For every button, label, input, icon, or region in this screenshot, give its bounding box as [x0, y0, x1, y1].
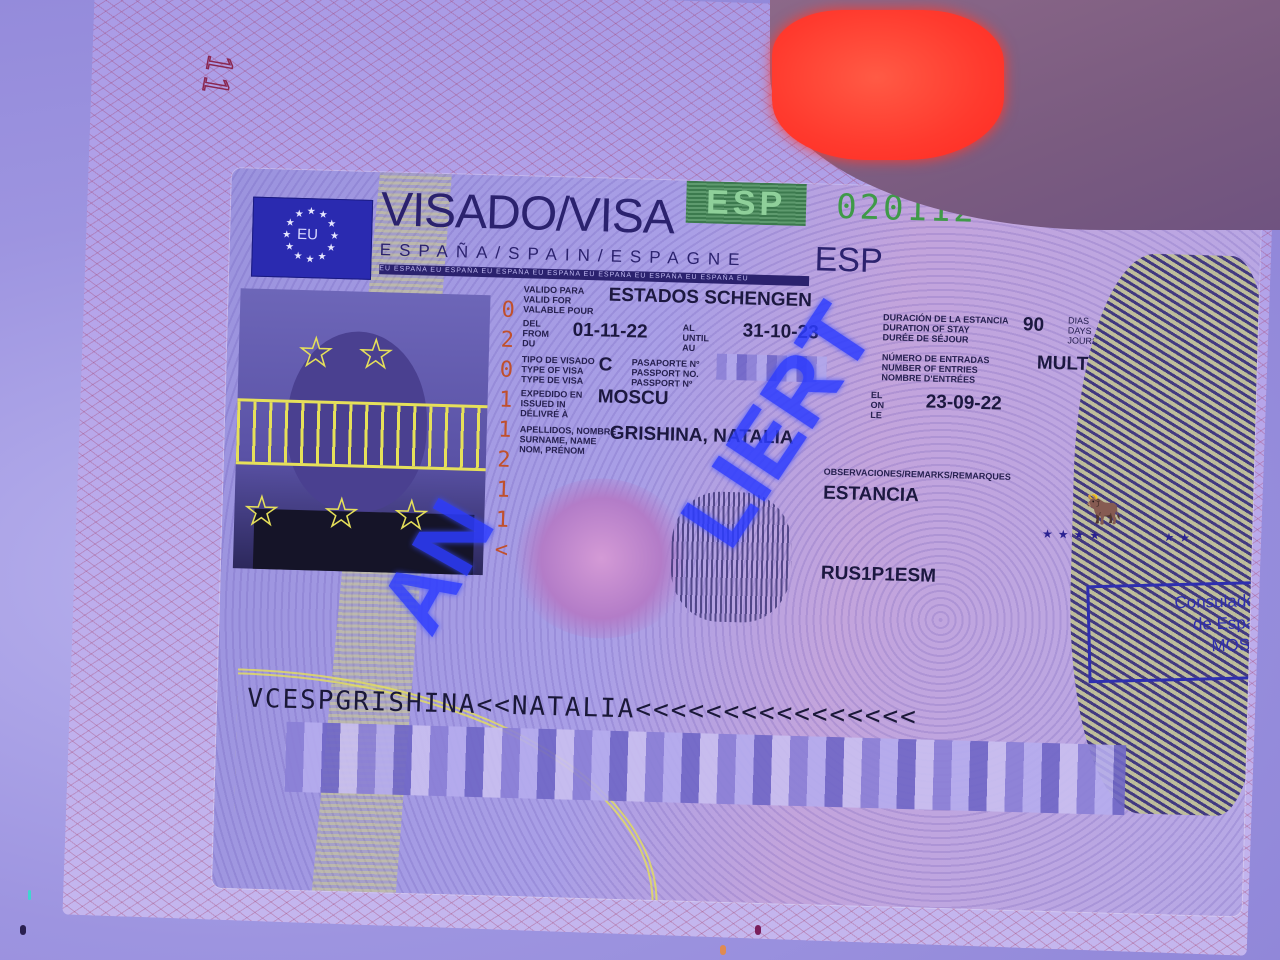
label-issued-in: EXPEDIDO ENISSUED INDÉLIVRÉ À [520, 388, 582, 420]
label-issue-date: ELONLE [870, 390, 884, 420]
label-remarks: OBSERVACIONES/REMARKS/REMARQUES [824, 467, 1011, 482]
esp-emblem: ESP [686, 181, 807, 226]
star-icon: ★ [282, 229, 291, 240]
fingernail [772, 10, 1004, 160]
guilloche-bars [236, 398, 488, 471]
star-icon: ★ [298, 330, 333, 376]
stars-row-icon: ★★★★ ★★ [1042, 527, 1195, 545]
label-until: ALUNTILAU [682, 323, 709, 354]
value-issued-in: MOSCU [597, 386, 668, 410]
value-entries: MULT [1037, 353, 1089, 376]
label-name: APELLIDOS, NOMBRESURNAME, NAMENOM, PRÉNO… [519, 424, 616, 457]
value-type-of-visa: C [598, 354, 612, 376]
label-type-of-visa: TIPO DE VISADOTYPE OF VISATYPE DE VISA [521, 354, 595, 386]
value-remarks-2: RUS1P1ESM [821, 563, 937, 588]
country-code: ESP [814, 240, 883, 281]
star-icon: ★ [286, 218, 295, 229]
label-valid-for: VALIDO PARAVALID FORVALABLE POUR [523, 284, 594, 316]
label-duration: DURACIÓN DE LA ESTANCIADURATION OF STAYD… [882, 312, 1008, 345]
value-issue-date: 23-09-22 [925, 391, 1002, 415]
value-remarks-1: ESTANCIA [823, 483, 919, 508]
consulate-stamp: Consulado G de España MOSCU [1086, 580, 1261, 683]
bull-icon: 🐂 [1084, 492, 1122, 528]
star-icon: ★ [293, 251, 302, 262]
star-icon: ★ [244, 488, 279, 534]
star-icon: ★ [305, 254, 314, 265]
label-entries: NÚMERO DE ENTRADASNUMBER OF ENTRIESNOMBR… [881, 352, 989, 385]
label-from: DELFROMDU [522, 318, 549, 349]
passport-page-number: 11 [193, 50, 240, 100]
visa-title: VISADO/VISA [380, 182, 675, 245]
value-from: 01-11-22 [572, 320, 648, 344]
value-duration: 90 [1023, 314, 1045, 337]
star-icon: ★ [307, 206, 316, 217]
star-icon: ★ [285, 242, 294, 253]
star-icon: ★ [326, 243, 335, 254]
eu-flag-icon: ★★★★★★★★★★★★ EU [251, 197, 373, 280]
value-valid-for: ESTADOS SCHENGEN [608, 285, 812, 313]
visa-sticker: ★★★★★★★★★★★★ EU VISADO/VISA ESPAÑA/SPAIN… [212, 168, 1262, 916]
star-icon: ★ [324, 491, 359, 537]
star-icon: ★ [295, 209, 304, 220]
star-icon: ★ [330, 231, 339, 242]
star-icon: ★ [327, 219, 336, 230]
star-icon: ★ [317, 251, 326, 262]
label-passport-no: PASAPORTE NºPASSPORT No.PASSPORT Nº [631, 357, 699, 389]
star-icon: ★ [358, 332, 393, 378]
